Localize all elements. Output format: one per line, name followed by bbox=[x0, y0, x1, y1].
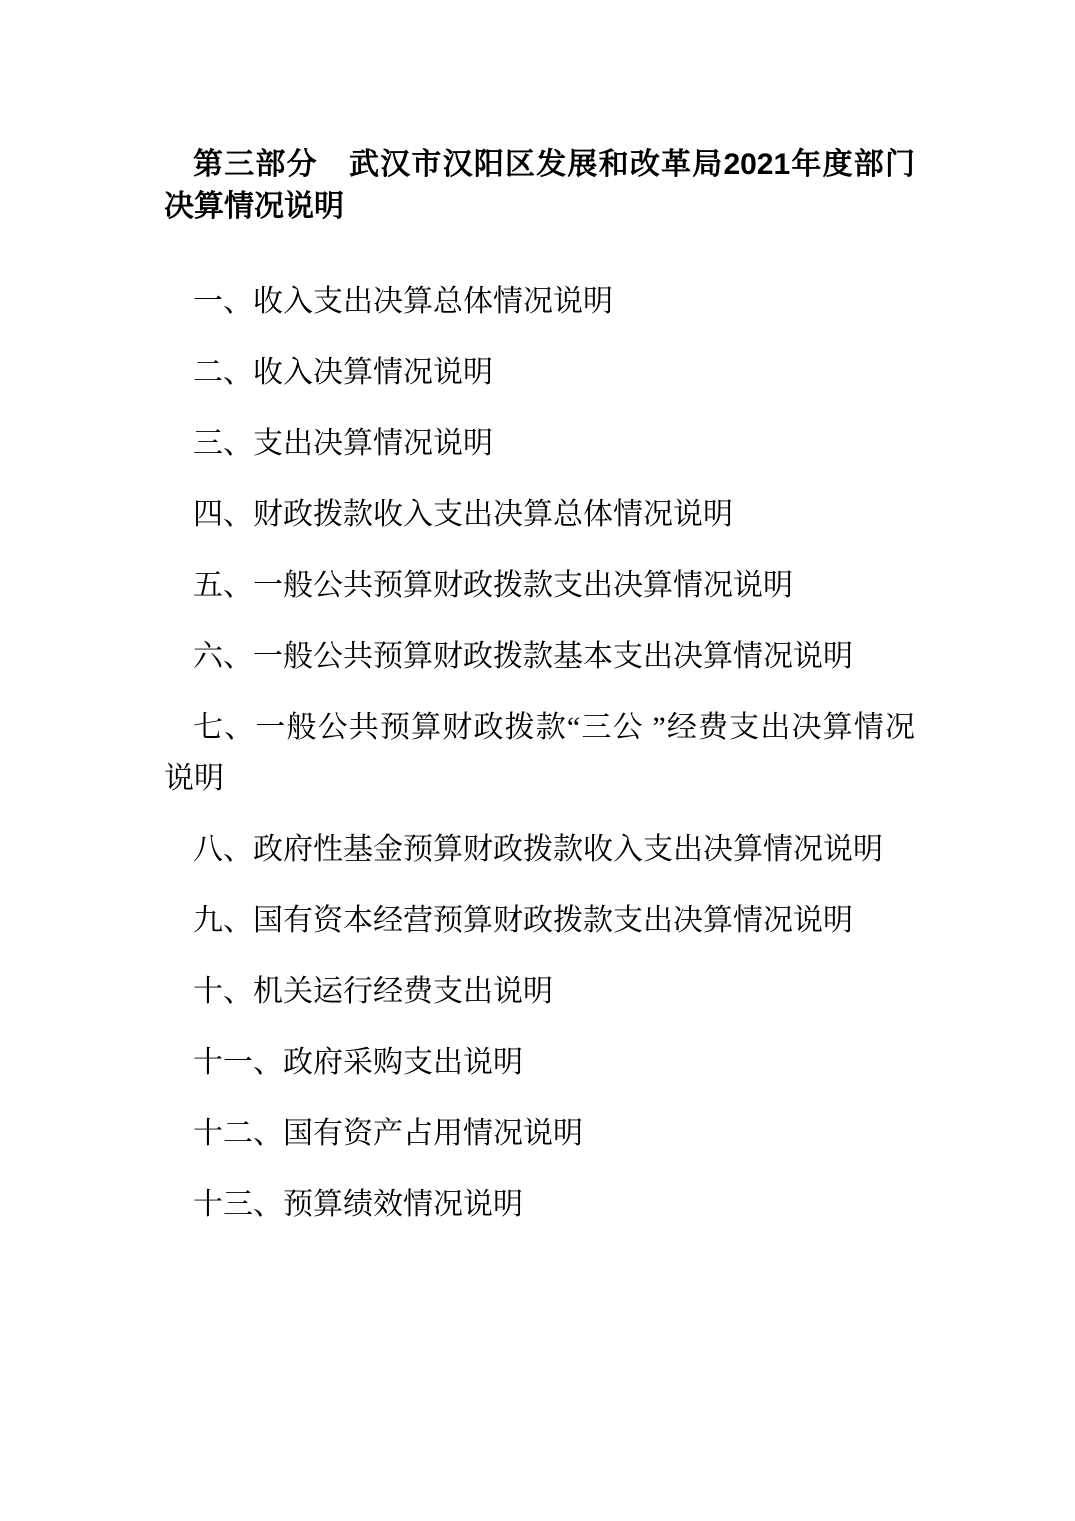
toc-item-9: 九、国有资本经营预算财政拨款支出决算情况说明 bbox=[164, 895, 915, 946]
toc-item-1: 一、收入支出决算总体情况说明 bbox=[164, 276, 915, 327]
toc-item-5: 五、一般公共预算财政拨款支出决算情况说明 bbox=[164, 560, 915, 611]
toc-item-11: 十一、政府采购支出说明 bbox=[164, 1037, 915, 1088]
toc-item-13: 十三、预算绩效情况说明 bbox=[164, 1179, 915, 1230]
toc-item-2: 二、收入决算情况说明 bbox=[164, 347, 915, 398]
document-page: 第三部分 武汉市汉阳区发展和改革局2021年度部门决算情况说明 一、收入支出决算… bbox=[0, 0, 1075, 1521]
toc-item-7: 七、一般公共预算财政拨款“三公 ”经费支出决算情况说明 bbox=[164, 702, 915, 804]
toc-item-10: 十、机关运行经费支出说明 bbox=[164, 966, 915, 1017]
toc-item-8: 八、政府性基金预算财政拨款收入支出决算情况说明 bbox=[164, 824, 915, 875]
toc-item-4: 四、财政拨款收入支出决算总体情况说明 bbox=[164, 489, 915, 540]
document-title: 第三部分 武汉市汉阳区发展和改革局2021年度部门决算情况说明 bbox=[164, 144, 915, 228]
toc-item-6: 六、一般公共预算财政拨款基本支出决算情况说明 bbox=[164, 631, 915, 682]
toc-item-12: 十二、国有资产占用情况说明 bbox=[164, 1108, 915, 1159]
toc-item-3: 三、支出决算情况说明 bbox=[164, 418, 915, 469]
